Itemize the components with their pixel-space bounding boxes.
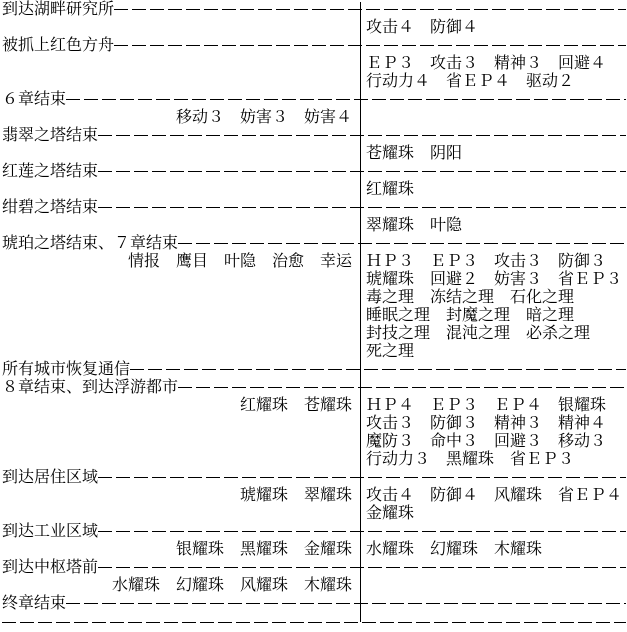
separator-dashes: [98, 171, 626, 172]
table-row: 金耀珠: [0, 504, 627, 522]
separator-dashes: [98, 477, 626, 478]
table-row: 死之理: [0, 342, 627, 360]
table-row: 琥耀珠 回避２ 妨害３ 省ＥＰ３: [0, 270, 627, 288]
table-row: 攻击３ 防御３ 精神３ 精神４: [0, 414, 627, 432]
right-column-items: ＥＰ３ 攻击３ 精神３ 回避４: [360, 54, 627, 72]
table-row: 红耀珠: [0, 180, 627, 198]
availability-table: 到达湖畔研究所攻击４ 防御４被抓上红色方舟ＥＰ３ 攻击３ 精神３ 回避４行动力４…: [0, 0, 627, 628]
milestone-separator-row: 到达工业区域: [0, 522, 627, 540]
milestone-separator-row: 被抓上红色方舟: [0, 36, 627, 54]
milestone-label: 翡翠之塔结束: [0, 126, 98, 144]
table-row: 封技之理 混沌之理 必杀之理: [0, 324, 627, 342]
milestone-separator-row: [0, 616, 627, 628]
table-row: 行动力４ 省ＥＰ４ 驱动２: [0, 72, 627, 90]
right-column-items: 毒之理 冻结之理 石化之理: [360, 288, 627, 306]
separator-dashes: [114, 45, 626, 46]
right-column-items: 金耀珠: [360, 504, 627, 522]
table-row: 银耀珠 黑耀珠 金耀珠水耀珠 幻耀珠 木耀珠: [0, 540, 627, 558]
separator-dashes: [178, 387, 626, 388]
milestone-label: ６章结束: [0, 90, 66, 108]
milestone-separator-row: 绀碧之塔结束: [0, 198, 627, 216]
right-column-items: 封技之理 混沌之理 必杀之理: [360, 324, 627, 342]
milestone-separator-row: 红莲之塔结束: [0, 162, 627, 180]
separator-dashes: [98, 567, 626, 568]
milestone-label: 红莲之塔结束: [0, 162, 98, 180]
milestone-separator-row: 翡翠之塔结束: [0, 126, 627, 144]
right-column-items: 行动力３ 黑耀珠 省ＥＰ３: [360, 450, 627, 468]
separator-dashes: [66, 99, 626, 100]
right-column-items: 琥耀珠 回避２ 妨害３ 省ＥＰ３: [360, 270, 627, 288]
separator-dashes: [130, 369, 626, 370]
separator-dashes: [98, 207, 626, 208]
right-column-items: 魔防３ 命中３ 回避３ 移动３: [360, 432, 627, 450]
table-row: 毒之理 冻结之理 石化之理: [0, 288, 627, 306]
table-row: 琥耀珠 翠耀珠攻击４ 防御４ 风耀珠 省ＥＰ４: [0, 486, 627, 504]
separator-dashes: [66, 603, 626, 604]
right-column-items: ＨＰ４ ＥＰ３ ＥＰ４ 银耀珠: [360, 396, 627, 414]
left-column-items: 红耀珠 苍耀珠: [0, 396, 360, 414]
left-column-items: 琥耀珠 翠耀珠: [0, 486, 360, 504]
milestone-label: 到达湖畔研究所: [0, 0, 114, 18]
left-column-items: 移动３ 妨害３ 妨害４: [0, 108, 360, 126]
guide-table-page: 到达湖畔研究所攻击４ 防御４被抓上红色方舟ＥＰ３ 攻击３ 精神３ 回避４行动力４…: [0, 0, 627, 632]
table-row: 魔防３ 命中３ 回避３ 移动３: [0, 432, 627, 450]
right-column-items: 攻击４ 防御４ 风耀珠 省ＥＰ４: [360, 486, 627, 504]
right-column-items: 睡眠之理 封魔之理 暗之理: [360, 306, 627, 324]
milestone-label: ８章结束、到达浮游都市: [0, 378, 178, 396]
table-row: 翠耀珠 叶隐: [0, 216, 627, 234]
separator-dashes: [178, 243, 626, 244]
milestone-label: 终章结束: [0, 594, 66, 612]
milestone-separator-row: ８章结束、到达浮游都市: [0, 378, 627, 396]
right-column-items: 翠耀珠 叶隐: [360, 216, 627, 234]
milestone-separator-row: 到达居住区域: [0, 468, 627, 486]
milestone-label: 被抓上红色方舟: [0, 36, 114, 54]
separator-dashes: [98, 135, 626, 136]
left-column-items: 情报 鹰目 叶隐 治愈 幸运: [0, 252, 360, 270]
table-row: 水耀珠 幻耀珠 风耀珠 木耀珠: [0, 576, 627, 594]
milestone-label: 到达中枢塔前: [0, 558, 98, 576]
table-row: 攻击４ 防御４: [0, 18, 627, 36]
milestone-label: 所有城市恢复通信: [0, 360, 130, 378]
right-column-items: 红耀珠: [360, 180, 627, 198]
table-row: 红耀珠 苍耀珠ＨＰ４ ＥＰ３ ＥＰ４ 银耀珠: [0, 396, 627, 414]
milestone-label: 琥珀之塔结束、７章结束: [0, 234, 178, 252]
right-column-items: 行动力４ 省ＥＰ４ 驱动２: [360, 72, 627, 90]
column-divider: [360, 2, 361, 622]
milestone-label: 到达工业区域: [0, 522, 98, 540]
right-column-items: ＨＰ３ ＥＰ３ 攻击３ 防御３: [360, 252, 627, 270]
right-column-items: 攻击４ 防御４: [360, 18, 627, 36]
milestone-separator-row: 到达湖畔研究所: [0, 0, 627, 18]
milestone-separator-row: ６章结束: [0, 90, 627, 108]
left-column-items: 银耀珠 黑耀珠 金耀珠: [0, 540, 360, 558]
table-row: 行动力３ 黑耀珠 省ＥＰ３: [0, 450, 627, 468]
milestone-separator-row: 终章结束: [0, 594, 627, 612]
table-row: 移动３ 妨害３ 妨害４: [0, 108, 627, 126]
milestone-separator-row: 到达中枢塔前: [0, 558, 627, 576]
milestone-label: 绀碧之塔结束: [0, 198, 98, 216]
separator-dashes: [2, 622, 626, 623]
table-row: 苍耀珠 阴阳: [0, 144, 627, 162]
milestone-separator-row: 所有城市恢复通信: [0, 360, 627, 378]
table-row: 情报 鹰目 叶隐 治愈 幸运ＨＰ３ ＥＰ３ 攻击３ 防御３: [0, 252, 627, 270]
separator-dashes: [98, 531, 626, 532]
left-column-items: 水耀珠 幻耀珠 风耀珠 木耀珠: [0, 576, 360, 594]
milestone-separator-row: 琥珀之塔结束、７章结束: [0, 234, 627, 252]
table-row: 睡眠之理 封魔之理 暗之理: [0, 306, 627, 324]
table-row: ＥＰ３ 攻击３ 精神３ 回避４: [0, 54, 627, 72]
right-column-items: 攻击３ 防御３ 精神３ 精神４: [360, 414, 627, 432]
milestone-label: 到达居住区域: [0, 468, 98, 486]
separator-dashes: [114, 9, 626, 10]
right-column-items: 水耀珠 幻耀珠 木耀珠: [360, 540, 627, 558]
right-column-items: 死之理: [360, 342, 627, 360]
right-column-items: 苍耀珠 阴阳: [360, 144, 627, 162]
